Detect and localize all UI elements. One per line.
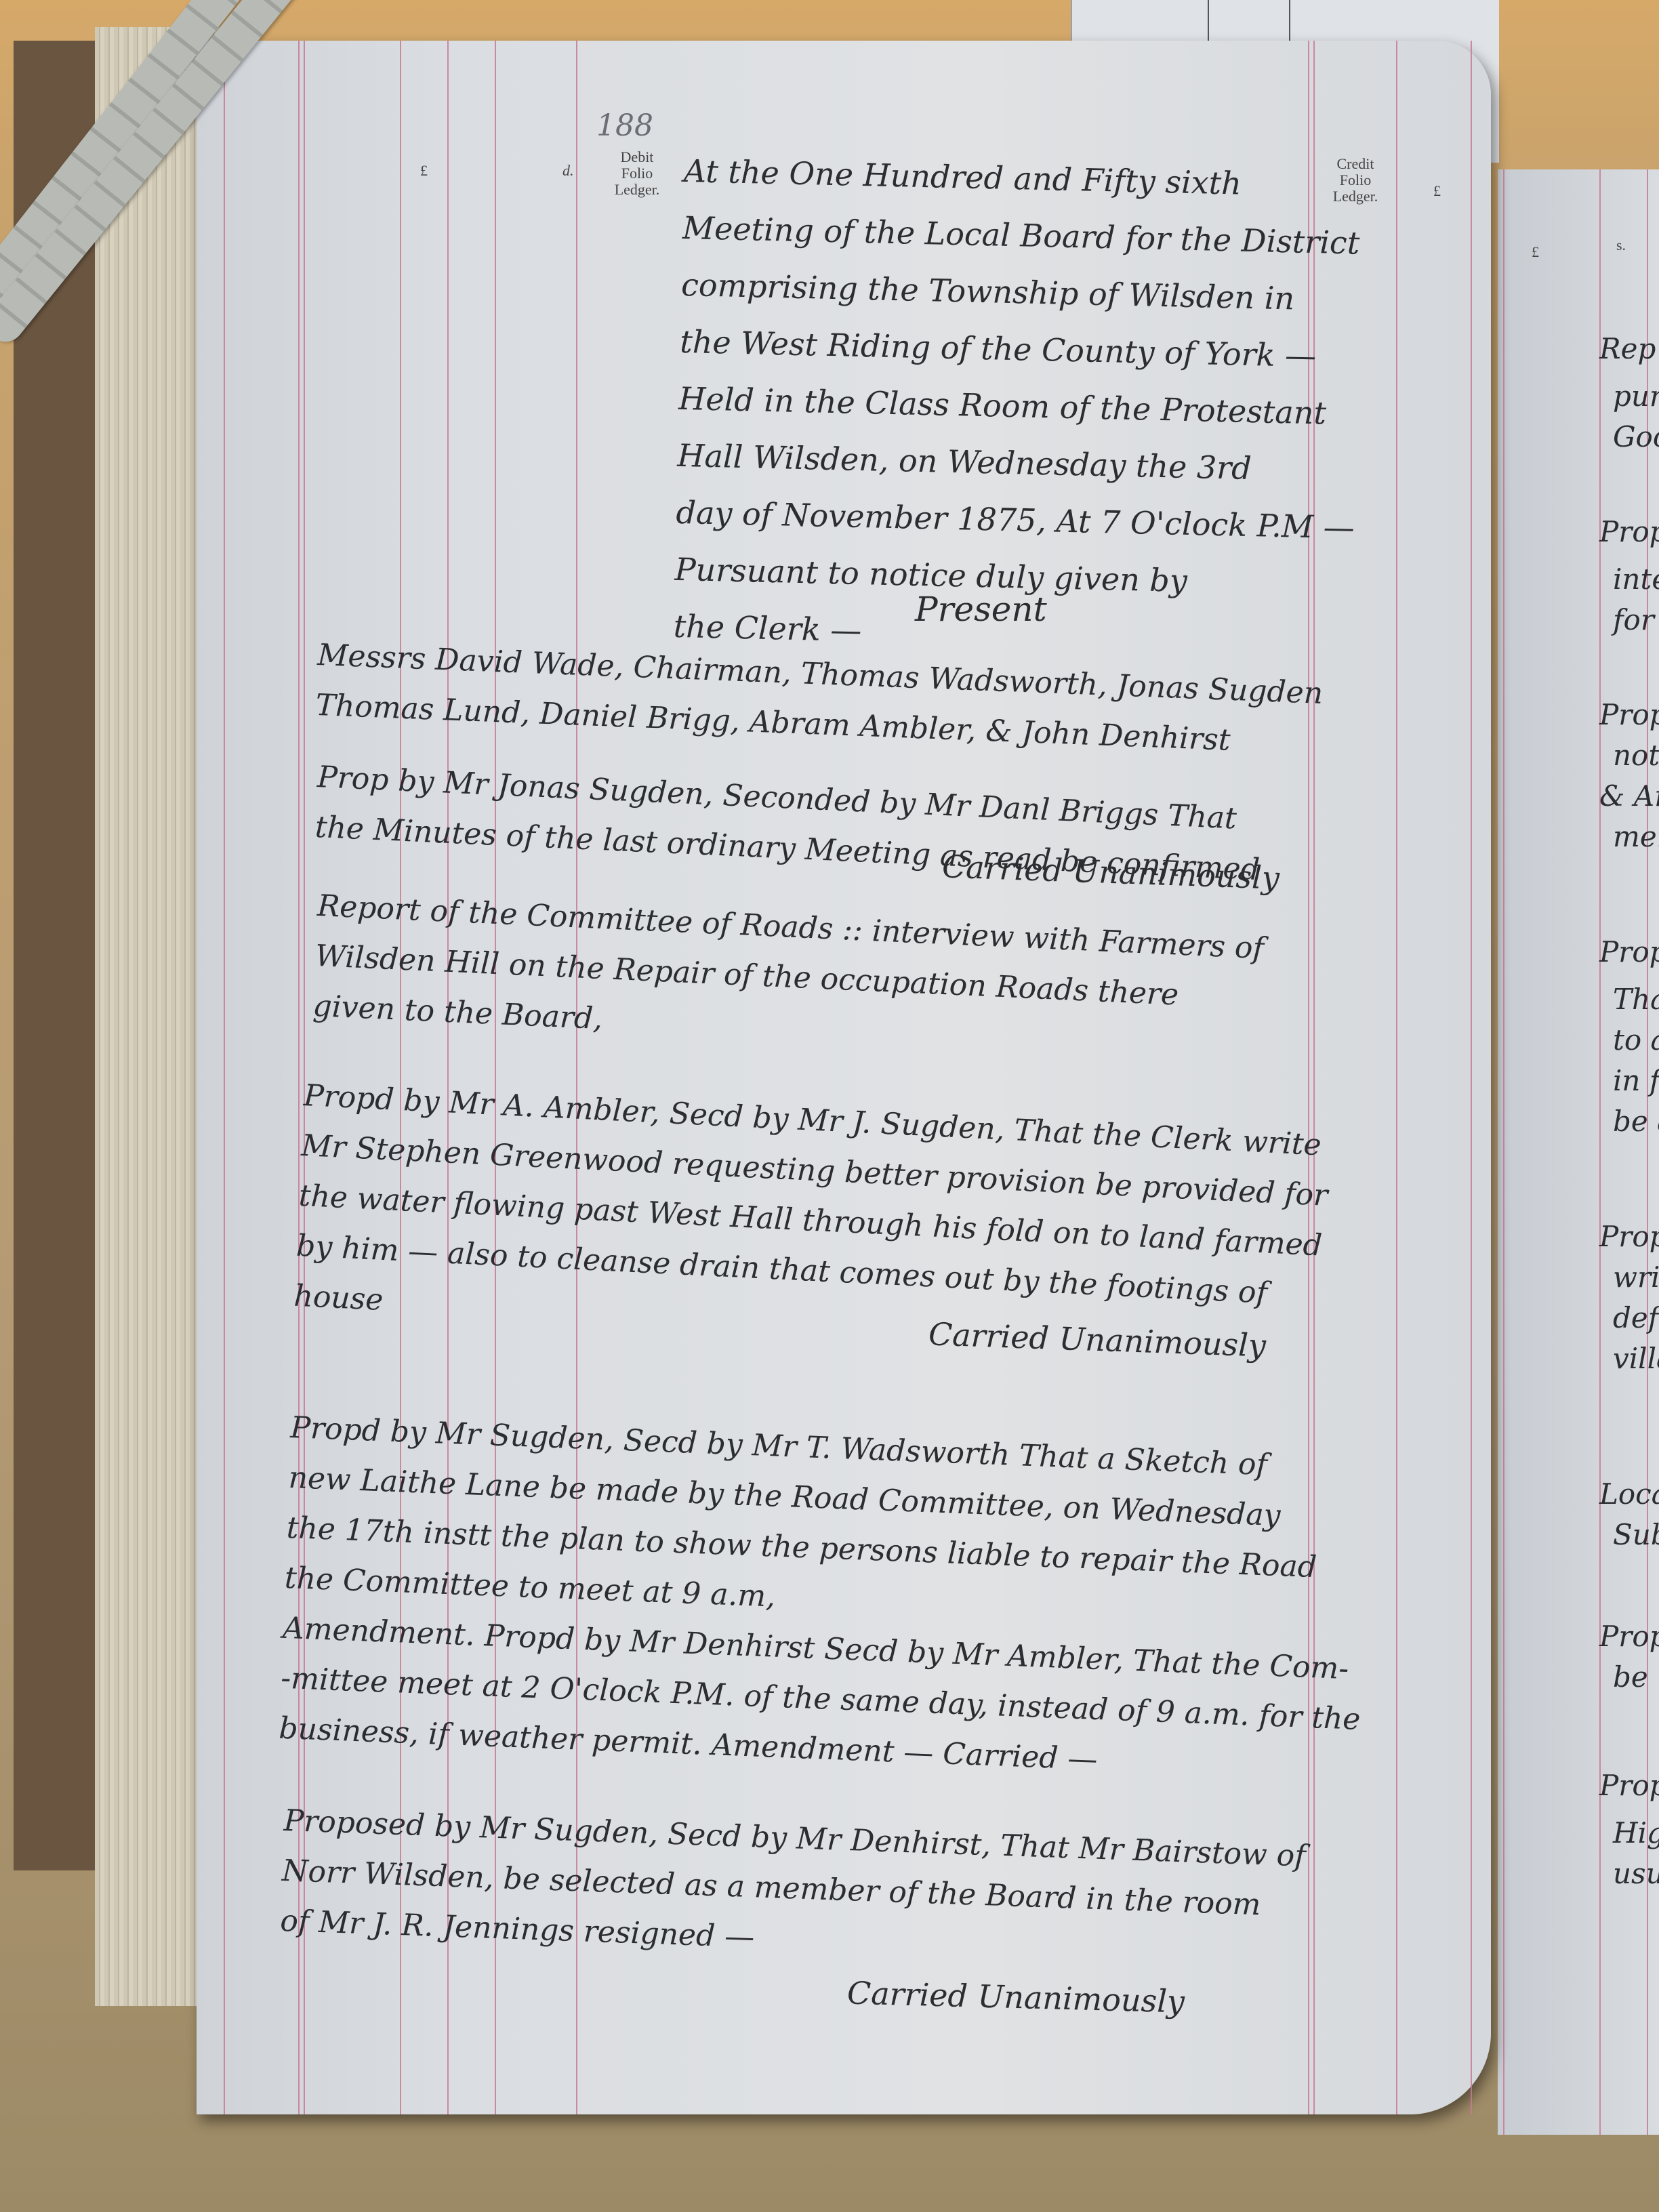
facing-page-fragment: purs (1613, 380, 1659, 413)
column-rule (224, 41, 225, 2114)
resolution-5: Proposed by Mr Sugden, Secd by Mr Denhir… (279, 1796, 1307, 1982)
credit-pounds-header: £ (1433, 183, 1441, 199)
column-rule (1503, 169, 1504, 2135)
column-rule (1396, 41, 1397, 2114)
ledger-page: 188 £ d. Debit Folio Ledger. Credit Foli… (197, 41, 1491, 2114)
facing-page-fragment: in f (1613, 1064, 1659, 1097)
facing-page-fragment: mem (1613, 820, 1659, 853)
resolution-2: Report of the Committee of Roads :: inte… (312, 881, 1265, 1074)
facing-page-fragment: Prop (1599, 935, 1659, 968)
column-rule (1471, 41, 1472, 2114)
pounds-header: £ (420, 163, 428, 179)
facing-page-fragment: Prop (1599, 1220, 1659, 1253)
facing-page: £ s. ReppursGooPropintefor tPropnoti& Ar… (1498, 169, 1659, 2135)
pence-header: d. (562, 163, 574, 179)
facing-page-fragment: villa (1613, 1342, 1659, 1375)
facing-page-fragment: usua (1613, 1857, 1659, 1890)
facing-page-fragment: for t (1613, 603, 1659, 636)
facing-page-fragment: Rep (1599, 332, 1656, 365)
facing-page-fragment: & Ar (1599, 779, 1659, 813)
facing-page-fragment: be a (1613, 1105, 1659, 1138)
facing-page-fragment: defe (1613, 1301, 1659, 1334)
facing-page-fragment: noti (1613, 739, 1659, 772)
column-rule (1599, 169, 1601, 2135)
folio-number: 188 (596, 108, 653, 143)
facing-page-fragment: write (1613, 1261, 1659, 1294)
resolution-5-outcome: Carried Unanimously (846, 1974, 1185, 2020)
facing-page-fragment: Prop (1599, 515, 1659, 548)
facing-pounds-header: £ (1532, 244, 1539, 260)
facing-page-fragment: Loca (1599, 1477, 1659, 1511)
debit-folio-header: Debit Folio Ledger. (603, 149, 671, 198)
facing-page-fragment: High (1613, 1816, 1659, 1849)
column-rule (576, 41, 577, 2114)
facing-page-fragment: Tha (1613, 983, 1659, 1016)
facing-page-fragment: Subj (1613, 1518, 1659, 1551)
facing-page-fragment: Goo (1613, 420, 1659, 453)
facing-page-fragment: to a (1613, 1023, 1659, 1057)
present-label: Present (915, 590, 1047, 629)
facing-page-fragment: Prop (1599, 1769, 1659, 1802)
facing-page-fragment: Prop (1599, 1620, 1659, 1653)
resolution-4: Propd by Mr Sugden, Secd by Mr T. Wadswo… (278, 1403, 1371, 1795)
facing-page-fragment: be m (1613, 1660, 1659, 1694)
facing-shillings-header: s. (1616, 237, 1626, 253)
facing-page-fragment: Prop (1599, 698, 1659, 731)
facing-page-fragment: inte (1613, 562, 1659, 596)
